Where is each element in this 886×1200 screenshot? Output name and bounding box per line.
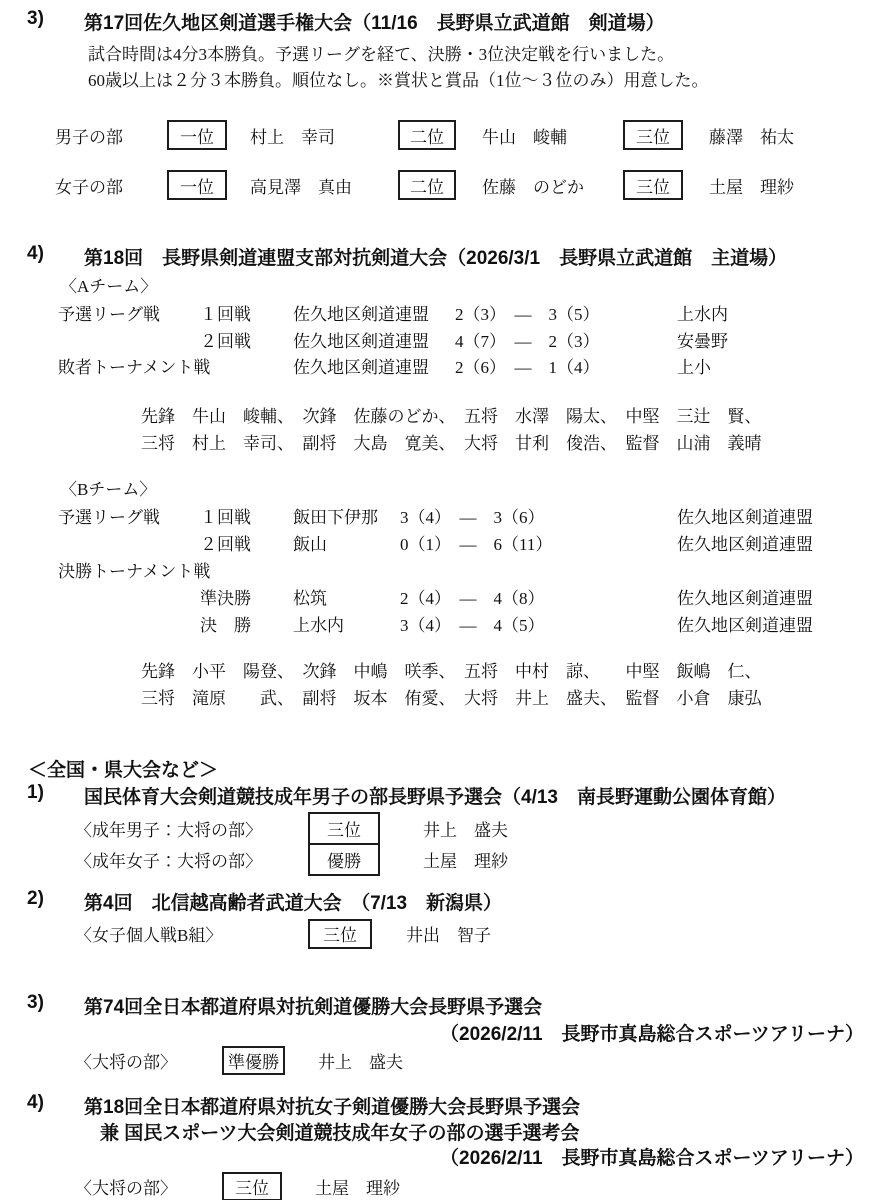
match-opponent: 佐久地区剣道連盟 xyxy=(677,530,813,555)
match-opponent: 佐久地区剣道連盟 xyxy=(677,503,813,528)
sec-shibu-number: 4) xyxy=(27,243,44,265)
rank-name-first: 村上 幸司 xyxy=(250,123,398,148)
rank-box-second: 二位 xyxy=(398,120,456,150)
match-round: １回戦 xyxy=(200,300,293,325)
match-row-a2: ２回戦 佐久地区剣道連盟 4（7） — 2（3） 安曇野 xyxy=(58,326,728,353)
national-entry-3-row-1: 〈大将の部〉 準優勝 井上 盛夫 xyxy=(75,1044,403,1077)
match-stage: 敗者トーナメント戦 xyxy=(58,353,200,378)
match-round: ２回戦 xyxy=(200,530,293,555)
rank-name-first: 高見澤 真由 xyxy=(250,173,398,198)
match-team: 飯山 xyxy=(293,530,400,555)
sec-chiku-note-1: 試合時間は4分3本勝負。予選リーグを経て、決勝・3位決定戦を行いました。 xyxy=(88,40,886,65)
match-round: ２回戦 xyxy=(200,327,293,352)
match-team: 佐久地区剣道連盟 xyxy=(293,353,455,378)
national-entry-4-row-1: 〈大将の部〉 三位 土屋 理紗 xyxy=(75,1170,400,1200)
entry-title: 第18回全日本都道府県対抗女子剣道優勝大会長野県予選会 xyxy=(84,1092,580,1119)
rank-name-third: 土屋 理紗 xyxy=(709,173,794,198)
division-label: 〈女子個人戦B組〉 xyxy=(75,921,308,946)
match-team: 松筑 xyxy=(293,584,400,609)
entry-title: 国民体育大会剣道競技成年男子の部長野県予選会（4/13 南長野運動公園体育館） xyxy=(84,782,786,809)
sec-chiku-note-2: 60歳以上は２分３本勝負。順位なし。※賞状と賞品（1位～３位のみ）用意した。 xyxy=(88,66,886,91)
national-entry-1-row-1: 〈成年男子：大将の部〉 三位 井上 盛夫 xyxy=(75,812,508,845)
match-round: 準決勝 xyxy=(200,584,293,609)
match-round: １回戦 xyxy=(200,503,293,528)
team-b-label: 〈Bチーム〉 xyxy=(60,475,886,500)
match-score: 3（4） — 3（6） xyxy=(400,503,677,528)
match-row-b2: ２回戦 飯山 0（1） — 6（11） 佐久地区剣道連盟 xyxy=(58,529,813,556)
athlete-name: 井出 智子 xyxy=(406,921,491,946)
entry-number: 1) xyxy=(27,782,44,804)
rank-box: 三位 xyxy=(308,919,372,949)
rank-row-label: 女子の部 xyxy=(55,173,167,198)
match-opponent: 安曇野 xyxy=(677,327,728,352)
match-row-b3: 決勝トーナメント戦 xyxy=(58,556,677,583)
national-entry-1-heading: 1) 国民体育大会剣道競技成年男子の部長野県予選会（4/13 南長野運動公園体育… xyxy=(0,782,886,808)
team-a-label: 〈Aチーム〉 xyxy=(60,272,886,297)
rank-row-women: 女子の部 一位 高見澤 真由 二位 佐藤 のどか 三位 土屋 理紗 xyxy=(55,168,794,202)
rank-box-second: 二位 xyxy=(398,170,456,200)
match-score: 2（6） — 1（4） xyxy=(455,353,677,378)
match-row-b4: 準決勝 松筑 2（4） — 4（8） 佐久地区剣道連盟 xyxy=(58,583,813,610)
rank-box-first: 一位 xyxy=(167,170,227,200)
sec-chiku-title: 第17回佐久地区剣道選手権大会（11/16 長野県立武道館 剣道場） xyxy=(84,8,665,35)
match-team: 佐久地区剣道連盟 xyxy=(293,327,455,352)
match-team: 上水内 xyxy=(293,611,400,636)
athlete-name: 井上 盛夫 xyxy=(423,816,508,841)
match-row-b1: 予選リーグ戦 １回戦 飯田下伊那 3（4） — 3（6） 佐久地区剣道連盟 xyxy=(58,502,813,529)
match-row-a1: 予選リーグ戦 １回戦 佐久地区剣道連盟 2（3） — 3（5） 上水内 xyxy=(58,299,728,326)
sec-shibu-title: 第18回 長野県剣道連盟支部対抗剣道大会（2026/3/1 長野県立武道館 主道… xyxy=(84,243,787,270)
athlete-name: 土屋 理紗 xyxy=(423,847,508,872)
division-label: 〈成年男子：大将の部〉 xyxy=(75,816,308,841)
match-opponent: 佐久地区剣道連盟 xyxy=(677,584,813,609)
match-opponent: 上小 xyxy=(677,353,711,378)
division-label: 〈大将の部〉 xyxy=(75,1048,222,1073)
entry-venue: （2026/2/11 長野市真島総合スポーツアリーナ） xyxy=(440,1019,864,1046)
sec-chiku-heading: 3) 第17回佐久地区剣道選手権大会（11/16 長野県立武道館 剣道場） xyxy=(0,8,886,34)
entry-number: 3) xyxy=(27,992,44,1014)
match-team: 佐久地区剣道連盟 xyxy=(293,300,455,325)
kendo-results-document: 3) 第17回佐久地区剣道選手権大会（11/16 長野県立武道館 剣道場） 試合… xyxy=(0,0,886,1200)
rank-box: 準優勝 xyxy=(222,1046,285,1075)
match-score: 2（4） — 4（8） xyxy=(400,584,677,609)
entry-number: 4) xyxy=(27,1092,44,1114)
rank-box-third: 三位 xyxy=(623,170,683,200)
match-score: 3（4） — 4（5） xyxy=(400,611,677,636)
rank-name-third: 藤澤 祐太 xyxy=(709,123,794,148)
rank-row-men: 男子の部 一位 村上 幸司 二位 牛山 峻輔 三位 藤澤 祐太 xyxy=(55,118,794,152)
rank-box: 三位 xyxy=(308,812,380,845)
entry-subtitle: 兼 国民スポーツ大会剣道競技成年女子の部の選手選考会 xyxy=(100,1118,580,1145)
national-entry-4-subtitle-line: 兼 国民スポーツ大会剣道競技成年女子の部の選手選考会 xyxy=(0,1118,886,1144)
national-entry-4-heading: 4) 第18回全日本都道府県対抗女子剣道優勝大会長野県予選会 xyxy=(0,1092,886,1118)
sec-shibu-heading: 4) 第18回 長野県剣道連盟支部対抗剣道大会（2026/3/1 長野県立武道館… xyxy=(0,243,886,269)
national-entry-2-heading: 2) 第4回 北信越高齢者武道大会 （7/13 新潟県） xyxy=(0,888,886,914)
entry-title: 第4回 北信越高齢者武道大会 （7/13 新潟県） xyxy=(84,888,502,915)
national-entry-3-venue-line: （2026/2/11 長野市真島総合スポーツアリーナ） xyxy=(0,1019,886,1045)
entry-venue: （2026/2/11 長野市真島総合スポーツアリーナ） xyxy=(440,1143,864,1170)
national-entry-1-row-2: 〈成年女子：大将の部〉 優勝 土屋 理紗 xyxy=(75,843,508,876)
entry-title: 第74回全日本都道府県対抗剣道優勝大会長野県予選会 xyxy=(84,992,542,1019)
match-row-a3: 敗者トーナメント戦 佐久地区剣道連盟 2（6） — 1（4） 上小 xyxy=(58,352,711,379)
match-opponent: 佐久地区剣道連盟 xyxy=(677,611,813,636)
match-row-b5: 決 勝 上水内 3（4） — 4（5） 佐久地区剣道連盟 xyxy=(58,610,813,637)
national-entry-2-row-1: 〈女子個人戦B組〉 三位 井出 智子 xyxy=(75,917,491,950)
rank-name-second: 佐藤 のどか xyxy=(482,173,623,198)
national-section-header: ＜全国・県大会など＞ xyxy=(28,755,886,782)
athlete-name: 井上 盛夫 xyxy=(318,1048,403,1073)
match-score: 2（3） — 3（5） xyxy=(455,300,677,325)
division-label: 〈成年女子：大将の部〉 xyxy=(75,847,308,872)
team-a-members-line-2: 三将 村上 幸司、 副将 大島 寛美、 大将 甘利 俊浩、 監督 山浦 義晴 xyxy=(141,429,886,454)
match-team: 飯田下伊那 xyxy=(293,503,400,528)
national-entry-3-heading: 3) 第74回全日本都道府県対抗剣道優勝大会長野県予選会 xyxy=(0,992,886,1018)
match-round: 決 勝 xyxy=(200,611,293,636)
rank-box-first: 一位 xyxy=(167,120,227,150)
match-stage: 決勝トーナメント戦 xyxy=(58,557,200,582)
team-b-members-line-1: 先鋒 小平 陽登、 次鋒 中嶋 咲季、 五将 中村 諒、 中堅 飯嶋 仁、 xyxy=(141,657,886,682)
sec-chiku-number: 3) xyxy=(27,8,44,30)
team-b-members-line-2: 三将 滝原 武、 副将 坂本 侑愛、 大将 井上 盛夫、 監督 小倉 康弘 xyxy=(141,684,886,709)
match-stage: 予選リーグ戦 xyxy=(58,503,200,528)
match-score: 4（7） — 2（3） xyxy=(455,327,677,352)
division-label: 〈大将の部〉 xyxy=(75,1174,222,1199)
rank-box-third: 三位 xyxy=(623,120,683,150)
match-stage: 予選リーグ戦 xyxy=(58,300,200,325)
national-entry-4-venue-line: （2026/2/11 長野市真島総合スポーツアリーナ） xyxy=(0,1143,886,1169)
rank-row-label: 男子の部 xyxy=(55,123,167,148)
match-score: 0（1） — 6（11） xyxy=(400,530,677,555)
team-a-members-line-1: 先鋒 牛山 峻輔、 次鋒 佐藤のどか、 五将 水澤 陽太、 中堅 三辻 賢、 xyxy=(141,402,886,427)
match-opponent: 上水内 xyxy=(677,300,728,325)
rank-box: 三位 xyxy=(222,1172,282,1200)
rank-name-second: 牛山 峻輔 xyxy=(482,123,623,148)
entry-number: 2) xyxy=(27,888,44,910)
athlete-name: 土屋 理紗 xyxy=(315,1174,400,1199)
rank-box: 優勝 xyxy=(308,843,380,876)
